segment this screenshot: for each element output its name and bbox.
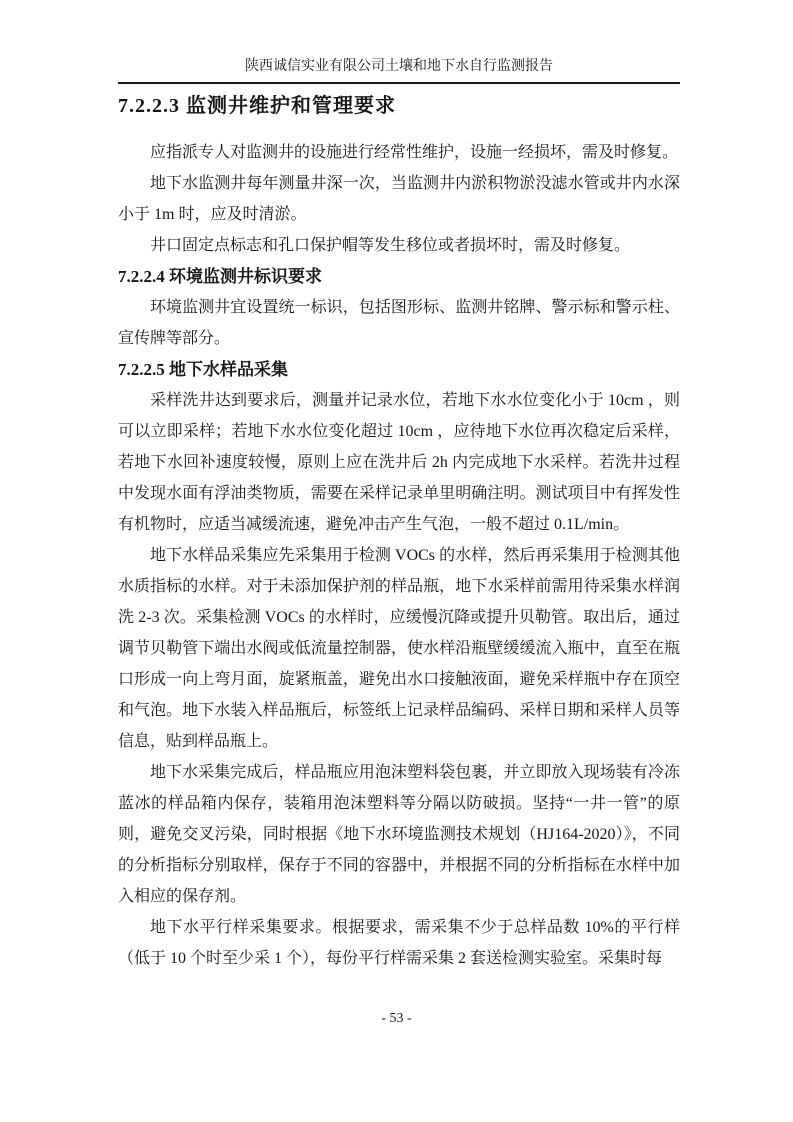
para-sample-packing-storage: 地下水采集完成后，样品瓶应用泡沫塑料袋包裹，并立即放入现场装有冷冻蓝冰的样品箱内… [118, 757, 680, 912]
running-header-title: 陕西诚信实业有限公司土壤和地下水自行监测报告 [118, 57, 680, 84]
para-vocs-sampling-procedure: 地下水样品采集应先采集用于检测 VOCs 的水样，然后再采集用于检测其他水质指标… [118, 540, 680, 757]
heading-7-2-2-5-groundwater-sampling: 7.2.2.5 地下水样品采集 [118, 354, 680, 385]
heading-7-2-2-3-well-maintenance: 7.2.2.3 监测井维护和管理要求 [118, 86, 680, 126]
page-header: 陕西诚信实业有限公司土壤和地下水自行监测报告 [118, 0, 680, 84]
page-number: - 53 - [381, 1011, 411, 1026]
para-parallel-sample-requirement: 地下水平行样采集要求。根据要求，需采集不少于总样品数 10%的平行样（低于 10… [118, 912, 680, 974]
page-footer: - 53 - [0, 1003, 793, 1034]
para-routine-maintenance: 应指派专人对监测井的设施进行经常性维护，设施一经损坏，需及时修复。 [118, 137, 680, 168]
para-unified-labeling: 环境监测井宜设置统一标识，包括图形标、监测井铭牌、警示标和警示柱、宣传牌等部分。 [118, 292, 680, 354]
page-body: 7.2.2.3 监测井维护和管理要求 应指派专人对监测井的设施进行经常性维护，设… [118, 86, 680, 974]
report-page: 陕西诚信实业有限公司土壤和地下水自行监测报告 7.2.2.3 监测井维护和管理要… [0, 0, 793, 1122]
para-wellhead-marker-repair: 井口固定点标志和孔口保护帽等发生移位或者损坏时，需及时修复。 [118, 230, 680, 261]
para-water-level-sampling: 采样洗井达到要求后，测量并记录水位，若地下水水位变化小于 10cm ，则可以立即… [118, 385, 680, 540]
para-annual-depth-measurement: 地下水监测井每年测量井深一次，当监测井内淤积物淤没滤水管或井内水深小于 1m 时… [118, 168, 680, 230]
heading-7-2-2-4-well-labeling: 7.2.2.4 环境监测井标识要求 [118, 261, 680, 292]
